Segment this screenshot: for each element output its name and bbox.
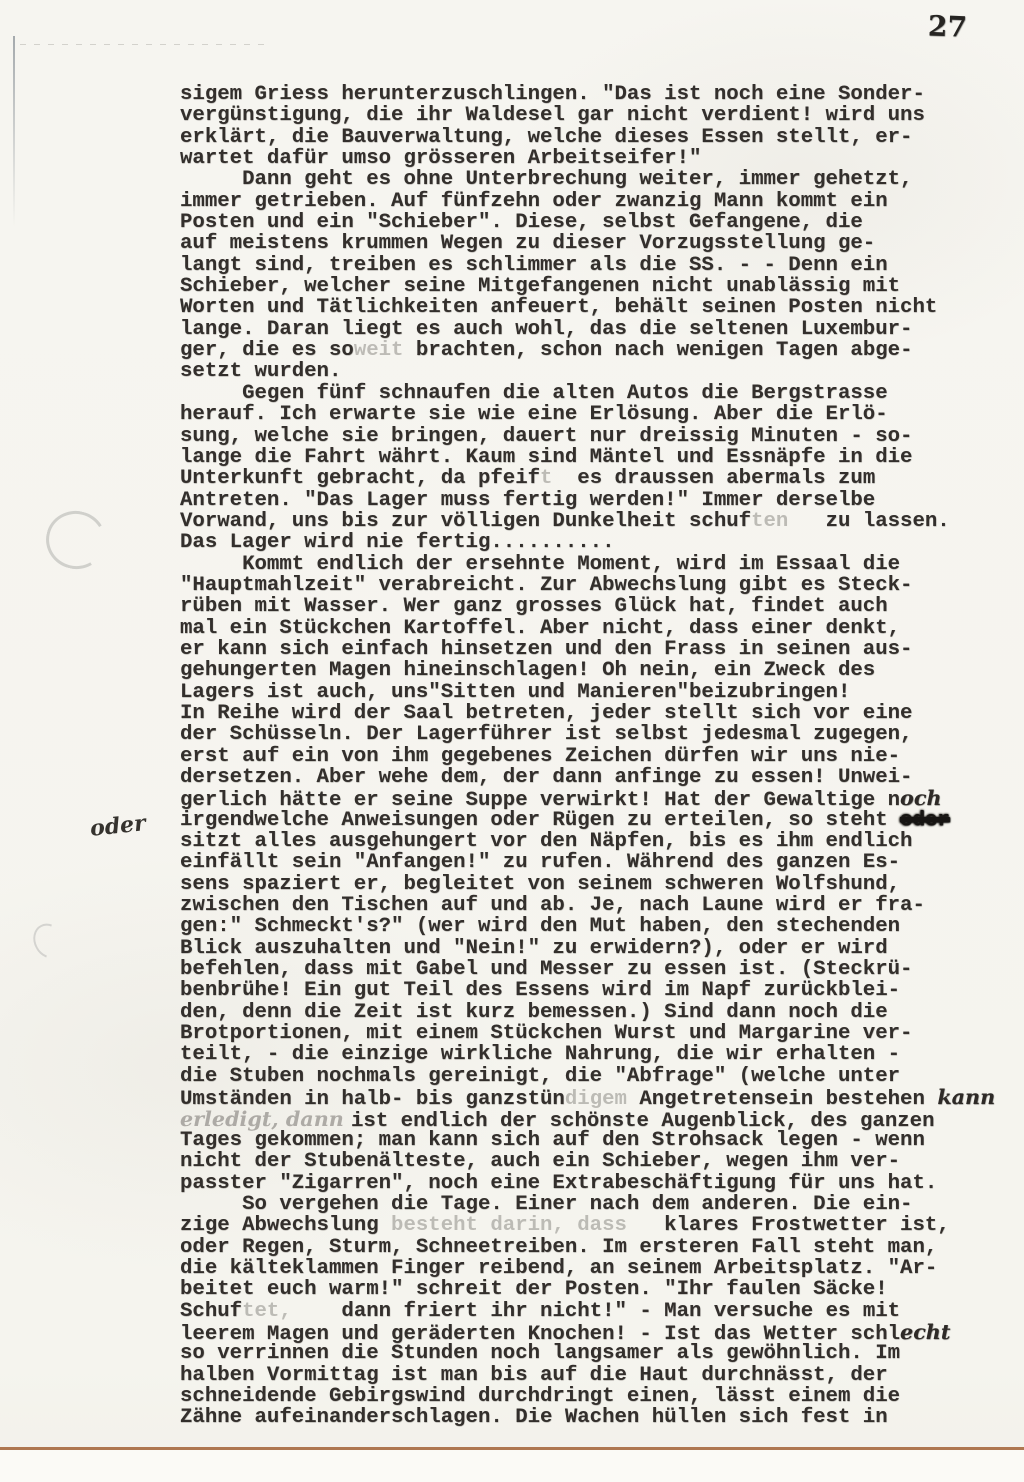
text-line: oder Regen, Sturm, Schneetreiben. Im ers… xyxy=(180,1237,995,1258)
text-line: vergünstigung, die ihr Waldesel gar nich… xyxy=(180,105,995,126)
text-line: Kommt endlich der ersehnte Moment, wird … xyxy=(180,554,995,575)
text-line: Worten und Tätlichkeiten anfeuert, behäl… xyxy=(180,297,995,318)
text-line: rüben mit Wasser. Wer ganz grosses Glück… xyxy=(180,596,995,617)
typed-text: dersetzen. Aber wehe dem, der dann anfin… xyxy=(180,766,912,789)
hole-punch-icon xyxy=(40,505,112,576)
text-line: gehungerten Magen hineinschlagen! Oh nei… xyxy=(180,660,995,681)
typed-text: klares Frostwetter ist, xyxy=(627,1214,950,1237)
text-line: nicht der Stubenälteste, auch ein Schieb… xyxy=(180,1151,995,1172)
text-line: mal ein Stückchen Kartoffel. Aber nicht,… xyxy=(180,618,995,639)
typed-text: Blick auszuhalten und "Nein!" zu erwider… xyxy=(180,937,888,960)
text-line: sens spaziert er, begleitet von seinem s… xyxy=(180,874,995,895)
text-line: ger, die es soweit brachten, schon nach … xyxy=(180,340,995,361)
typed-text: Schuf xyxy=(180,1300,242,1323)
typed-text: Worten und Tätlichkeiten anfeuert, behäl… xyxy=(180,296,937,319)
text-line: Schuftet, dann friert ihr nicht!" - Man … xyxy=(180,1301,995,1322)
handwritten-correction: kann xyxy=(937,1085,995,1109)
text-line: Gegen fünf schnaufen die alten Autos die… xyxy=(180,383,995,404)
struck-out-word: oder xyxy=(900,809,950,832)
text-line: die Stuben nochmals gereinigt, die "Abfr… xyxy=(180,1066,995,1087)
handwritten-correction: och xyxy=(900,786,941,810)
text-line: sung, welche sie bringen, dauert nur dre… xyxy=(180,426,995,447)
typed-text: den, denn die Zeit ist kurz bemessen.) S… xyxy=(180,1001,888,1024)
typed-text: langt sind, treiben es schlimmer als die… xyxy=(180,254,888,277)
typed-text: sitzt alles ausgehungert vor den Näpfen,… xyxy=(180,830,912,853)
text-line: sigem Griess herunterzuschlingen. "Das i… xyxy=(180,84,995,105)
typed-text: Tages gekommen; man kann sich auf den St… xyxy=(180,1129,925,1152)
text-line: Vorwand, uns bis zur völligen Dunkelheit… xyxy=(180,511,995,532)
typed-text: herauf. Ich erwarte sie wie eine Erlösun… xyxy=(180,403,888,426)
text-line: gen:" Schmeckt's?" (wer wird den Mut hab… xyxy=(180,916,995,937)
text-line: befehlen, dass mit Gabel und Messer zu e… xyxy=(180,959,995,980)
typed-text: befehlen, dass mit Gabel und Messer zu e… xyxy=(180,958,912,981)
typed-text: auf meistens krummen Wegen zu dieser Vor… xyxy=(180,232,875,255)
text-line: setzt wurden. xyxy=(180,361,995,382)
typed-text: Angetretensein bestehen xyxy=(627,1088,937,1111)
typed-text: In Reihe wird der Saal betreten, jeder s… xyxy=(180,702,912,725)
typed-text: digem xyxy=(565,1088,627,1111)
typed-text: beitet euch warm!" schreit der Posten. "… xyxy=(180,1278,888,1301)
typed-text: Das Lager wird nie fertig.......... xyxy=(180,531,615,554)
typed-text: lange die Fahrt währt. Kaum sind Mäntel … xyxy=(180,446,912,469)
handwritten-margin-note: oder xyxy=(89,810,147,842)
typed-text: Posten und ein "Schieber". Diese, selbst… xyxy=(180,211,863,234)
typed-text: schneidende Gebirgswind durchdringt eine… xyxy=(180,1385,900,1408)
typed-text: so verrinnen die Stunden noch langsamer … xyxy=(180,1342,900,1365)
text-line: sitzt alles ausgehungert vor den Näpfen,… xyxy=(180,831,995,852)
typed-text: weit xyxy=(354,339,404,362)
typed-text: "Hauptmahlzeit" verabreicht. Zur Abwechs… xyxy=(180,574,912,597)
text-line: langt sind, treiben es schlimmer als die… xyxy=(180,255,995,276)
text-line: erst auf ein von ihm gegebenes Zeichen d… xyxy=(180,746,995,767)
text-line: herauf. Ich erwarte sie wie eine Erlösun… xyxy=(180,404,995,425)
typed-text: Unterkunft gebracht, da pfeif xyxy=(180,467,540,490)
text-line: gerlich hätte er seine Suppe verwirkt! H… xyxy=(180,788,995,809)
typed-text: vergünstigung, die ihr Waldesel gar nich… xyxy=(180,104,925,127)
typed-text: erklärt, die Bauverwaltung, welche diese… xyxy=(180,126,912,149)
text-line: immer getrieben. Auf fünfzehn oder zwanz… xyxy=(180,191,995,212)
typed-text: zige Abwechslung xyxy=(180,1214,391,1237)
handwritten-page-number: 27 xyxy=(927,9,967,43)
text-line: benbrühe! Ein gut Teil des Essens wird i… xyxy=(180,980,995,1001)
text-line: halben Vormittag ist man bis auf die Hau… xyxy=(180,1365,995,1386)
typed-text: zu lassen. xyxy=(788,510,949,533)
handwritten-correction: erledigt, dann xyxy=(180,1107,351,1131)
typed-text: besteht darin, dass xyxy=(391,1214,627,1237)
text-line: lange. Daran liegt es auch wohl, das die… xyxy=(180,319,995,340)
typed-text: passter "Zigarren", noch eine Extrabesch… xyxy=(180,1172,937,1195)
scanned-document-page: 27 oder sigem Griess herunterzuschlingen… xyxy=(0,0,1024,1482)
typed-text: sens spaziert er, begleitet von seinem s… xyxy=(180,873,900,896)
typed-text: zwischen den Tischen auf und ab. Je, nac… xyxy=(180,894,925,917)
hole-punch-icon xyxy=(27,918,70,964)
text-line: auf meistens krummen Wegen zu dieser Vor… xyxy=(180,233,995,254)
typed-text: die kälteklammen Finger reibend, an sein… xyxy=(180,1257,937,1280)
text-line: schneidende Gebirgswind durchdringt eine… xyxy=(180,1386,995,1407)
typed-text: setzt wurden. xyxy=(180,360,341,383)
text-line: zige Abwechslung besteht darin, dass kla… xyxy=(180,1215,995,1236)
typed-text: immer getrieben. Auf fünfzehn oder zwanz… xyxy=(180,190,888,213)
typed-text: gehungerten Magen hineinschlagen! Oh nei… xyxy=(180,659,875,682)
typed-text: Schieber, welcher seine Mitgefangenen ni… xyxy=(180,275,900,298)
typed-text: halben Vormittag ist man bis auf die Hau… xyxy=(180,1364,888,1387)
text-line: Brotportionen, mit einem Stückchen Wurst… xyxy=(180,1023,995,1044)
typed-text: einfällt sein "Anfangen!" zu rufen. Währ… xyxy=(180,851,900,874)
text-line: Lagers ist auch, uns"Sitten und Manieren… xyxy=(180,682,995,703)
typed-text: Vorwand, uns bis zur völligen Dunkelheit… xyxy=(180,510,751,533)
typed-text: Antreten. "Das Lager muss fertig werden!… xyxy=(180,489,875,512)
text-line: Das Lager wird nie fertig.......... xyxy=(180,532,995,553)
typed-text: wartet dafür umso grösseren Arbeitseifer… xyxy=(180,147,701,170)
typed-text: oder Regen, Sturm, Schneetreiben. Im ers… xyxy=(180,1236,937,1259)
typed-text: t xyxy=(540,467,552,490)
typed-text: nicht der Stubenälteste, auch ein Schieb… xyxy=(180,1150,900,1173)
text-line: teilt, - die einzige wirkliche Nahrung, … xyxy=(180,1044,995,1065)
typed-text: Brotportionen, mit einem Stückchen Wurst… xyxy=(180,1022,912,1045)
text-line: Blick auszuhalten und "Nein!" zu erwider… xyxy=(180,938,995,959)
text-line: Posten und ein "Schieber". Diese, selbst… xyxy=(180,212,995,233)
text-line: irgendwelche Anweisungen oder Rügen zu e… xyxy=(180,810,995,831)
typed-text: teilt, - die einzige wirkliche Nahrung, … xyxy=(180,1043,900,1066)
text-line: So vergehen die Tage. Einer nach dem and… xyxy=(180,1194,995,1215)
text-line: lange die Fahrt währt. Kaum sind Mäntel … xyxy=(180,447,995,468)
typed-text: die Stuben nochmals gereinigt, die "Abfr… xyxy=(180,1065,900,1088)
typed-text: es draussen abermals zum xyxy=(552,467,875,490)
text-line: zwischen den Tischen auf und ab. Je, nac… xyxy=(180,895,995,916)
typed-text: rüben mit Wasser. Wer ganz grosses Glück… xyxy=(180,595,888,618)
text-line: "Hauptmahlzeit" verabreicht. Zur Abwechs… xyxy=(180,575,995,596)
text-line: passter "Zigarren", noch eine Extrabesch… xyxy=(180,1173,995,1194)
typed-text: Zähne aufeinanderschlagen. Die Wachen hü… xyxy=(180,1406,888,1429)
text-line: dersetzen. Aber wehe dem, der dann anfin… xyxy=(180,767,995,788)
typed-text: Gegen fünf schnaufen die alten Autos die… xyxy=(180,382,888,405)
text-line: Schieber, welcher seine Mitgefangenen ni… xyxy=(180,276,995,297)
text-line: erklärt, die Bauverwaltung, welche diese… xyxy=(180,127,995,148)
text-line: wartet dafür umso grösseren Arbeitseifer… xyxy=(180,148,995,169)
typed-text: tet, xyxy=(242,1300,292,1323)
text-line: Unterkunft gebracht, da pfeift es drauss… xyxy=(180,468,995,489)
typed-text: lange. Daran liegt es auch wohl, das die… xyxy=(180,318,912,341)
text-line: so verrinnen die Stunden noch langsamer … xyxy=(180,1343,995,1364)
typed-text: Kommt endlich der ersehnte Moment, wird … xyxy=(180,553,900,576)
typed-text: erst auf ein von ihm gegebenes Zeichen d… xyxy=(180,745,900,768)
text-line: die kälteklammen Finger reibend, an sein… xyxy=(180,1258,995,1279)
text-line: leerem Magen und geräderten Knochen! - I… xyxy=(180,1322,995,1343)
scan-edge-artifact xyxy=(13,36,15,226)
typed-text: So vergehen die Tage. Einer nach dem and… xyxy=(180,1193,912,1216)
typed-text: ger, die es so xyxy=(180,339,354,362)
text-line: beitet euch warm!" schreit der Posten. "… xyxy=(180,1279,995,1300)
text-line: Dann geht es ohne Unterbrechung weiter, … xyxy=(180,169,995,190)
text-line: den, denn die Zeit ist kurz bemessen.) S… xyxy=(180,1002,995,1023)
text-line: er kann sich einfach hinsetzen und den F… xyxy=(180,639,995,660)
typed-text: irgendwelche Anweisungen oder Rügen zu e… xyxy=(180,809,900,832)
text-line: Umständen in halb- bis ganzstündigem Ang… xyxy=(180,1087,995,1108)
typed-text: der Schüsseln. Der Lagerführer ist selbs… xyxy=(180,723,912,746)
text-line: Tages gekommen; man kann sich auf den St… xyxy=(180,1130,995,1151)
text-line: der Schüsseln. Der Lagerführer ist selbs… xyxy=(180,724,995,745)
typed-text: brachten, schon nach wenigen Tagen abge- xyxy=(403,339,912,362)
typed-text: ten xyxy=(751,510,788,533)
text-line: In Reihe wird der Saal betreten, jeder s… xyxy=(180,703,995,724)
page-bottom-strip xyxy=(0,1450,1024,1482)
text-line: Zähne aufeinanderschlagen. Die Wachen hü… xyxy=(180,1407,995,1428)
handwritten-correction: echt xyxy=(900,1320,950,1344)
typed-text: Dann geht es ohne Unterbrechung weiter, … xyxy=(180,168,912,191)
typewritten-text: sigem Griess herunterzuschlingen. "Das i… xyxy=(180,84,995,1429)
scan-top-specks xyxy=(20,44,270,45)
typed-text: gen:" Schmeckt's?" (wer wird den Mut hab… xyxy=(180,915,900,938)
typed-text: benbrühe! Ein gut Teil des Essens wird i… xyxy=(180,979,900,1002)
typed-text: er kann sich einfach hinsetzen und den F… xyxy=(180,638,912,661)
text-line: Antreten. "Das Lager muss fertig werden!… xyxy=(180,490,995,511)
typed-text: mal ein Stückchen Kartoffel. Aber nicht,… xyxy=(180,617,900,640)
typed-text: dann friert ihr nicht!" - Man versuche e… xyxy=(292,1300,900,1323)
typed-text: sung, welche sie bringen, dauert nur dre… xyxy=(180,425,912,448)
text-line: erledigt, dann ist endlich der schönste … xyxy=(180,1109,995,1130)
typed-text: sigem Griess herunterzuschlingen. "Das i… xyxy=(180,83,925,106)
text-line: einfällt sein "Anfangen!" zu rufen. Währ… xyxy=(180,852,995,873)
typed-text: Lagers ist auch, uns"Sitten und Manieren… xyxy=(180,681,850,704)
